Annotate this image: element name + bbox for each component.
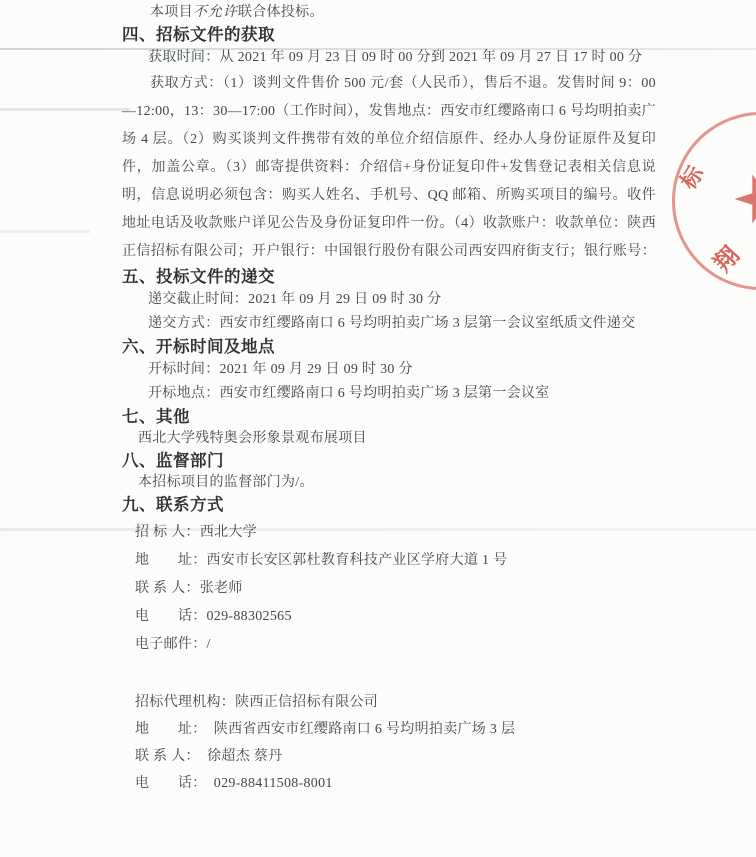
intro-prefix: 本项目 (150, 5, 193, 20)
paragraph-no-consortium: 本项目不允许联合体投标。 (122, 2, 656, 24)
contact-row-agency-person: 联 系 人： 徐超杰 蔡丹 (135, 743, 656, 770)
contact-row-agency-address: 地 址： 陕西省西安市红缨路南口 6 号均明拍卖广场 3 层 (135, 716, 656, 743)
heading-section-7-other: 七、其他 (122, 406, 656, 428)
heading-section-6-bid-opening: 六、开标时间及地点 (122, 336, 656, 358)
contact-row-tenderer-name: 招 标 人：西北大学 (135, 519, 656, 547)
intro-suffix: 联合体投标。 (238, 5, 324, 20)
heading-section-4-document-obtain: 四、招标文件的获取 (122, 24, 656, 46)
contact-label: 电 话： (135, 609, 207, 624)
contact-row-tenderer-person: 联 系 人：张老师 (135, 575, 656, 603)
contact-value: 029-88302565 (207, 609, 292, 624)
tenderer-contact-block: 招 标 人：西北大学 地 址：西安市长安区郭杜教育科技产业区学府大道 1 号 联… (135, 519, 656, 659)
intro-emphasis: 不允许 (193, 5, 238, 20)
contact-row-tenderer-address: 地 址：西安市长安区郭杜教育科技产业区学府大道 1 号 (135, 547, 656, 575)
document-page: ★ 标 翔 610 本项目不允许联合体投标。 四、招标文件的获取 获取时间：从 … (0, 0, 756, 857)
opening-time-line: 开标时间：2021 年 09 月 29 日 09 时 30 分 (122, 358, 656, 382)
submission-method-line: 递交方式：西安市红缨路南口 6 号均明拍卖广场 3 层第一会议室纸质文件递交 (122, 312, 656, 336)
contact-label: 地 址： (135, 553, 207, 568)
contact-value: 陕西省西安市红缨路南口 6 号均明拍卖广场 3 层 (200, 722, 516, 737)
contact-value: 西北大学 (200, 525, 257, 540)
contact-value: 西安市长安区郭杜教育科技产业区学府大道 1 号 (207, 553, 508, 568)
supervision-content-line: 本招标项目的监督部门为/。 (122, 472, 656, 494)
contact-row-agency-name: 招标代理机构：陕西正信招标有限公司 (135, 689, 656, 716)
contact-label: 招 标 人： (135, 525, 200, 540)
document-content: 本项目不允许联合体投标。 四、招标文件的获取 获取时间：从 2021 年 09 … (0, 0, 756, 797)
heading-section-8-supervision: 八、监督部门 (122, 450, 656, 472)
contact-value: 张老师 (200, 581, 243, 596)
contact-row-agency-phone: 电 话： 029-88411508-8001 (135, 770, 656, 797)
contact-label: 电 话： (135, 776, 200, 791)
other-content-line: 西北大学残特奥会形象景观布展项目 (122, 428, 656, 450)
heading-section-5-bid-submission: 五、投标文件的递交 (122, 266, 656, 288)
submission-deadline-line: 递交截止时间：2021 年 09 月 29 日 09 时 30 分 (122, 288, 656, 312)
opening-place-line: 开标地点：西安市红缨路南口 6 号均明拍卖广场 3 层第一会议室 (122, 382, 656, 406)
contact-label: 电子邮件： (135, 637, 207, 652)
contact-label: 招标代理机构： (135, 695, 235, 710)
contact-row-tenderer-phone: 电 话：029-88302565 (135, 603, 656, 631)
contact-value: 徐超杰 蔡丹 (193, 749, 283, 764)
contact-row-tenderer-email: 电子邮件：/ (135, 631, 656, 659)
obtain-time-line: 获取时间：从 2021 年 09 月 23 日 09 时 00 分到 2021 … (122, 46, 656, 70)
heading-section-9-contact: 九、联系方式 (122, 494, 656, 516)
contact-label: 联 系 人： (135, 749, 193, 764)
contact-value: 陕西正信招标有限公司 (235, 695, 378, 710)
contact-label: 联 系 人： (135, 581, 200, 596)
contact-label: 地 址： (135, 722, 200, 737)
agency-contact-block: 招标代理机构：陕西正信招标有限公司 地 址： 陕西省西安市红缨路南口 6 号均明… (135, 689, 656, 797)
contact-value: 029-88411508-8001 (200, 776, 333, 791)
obtain-method-paragraph: 获取方式：（1）谈判文件售价 500 元/套（人民币），售后不退。发售时间 9：… (122, 70, 656, 266)
contact-value: / (207, 637, 211, 652)
